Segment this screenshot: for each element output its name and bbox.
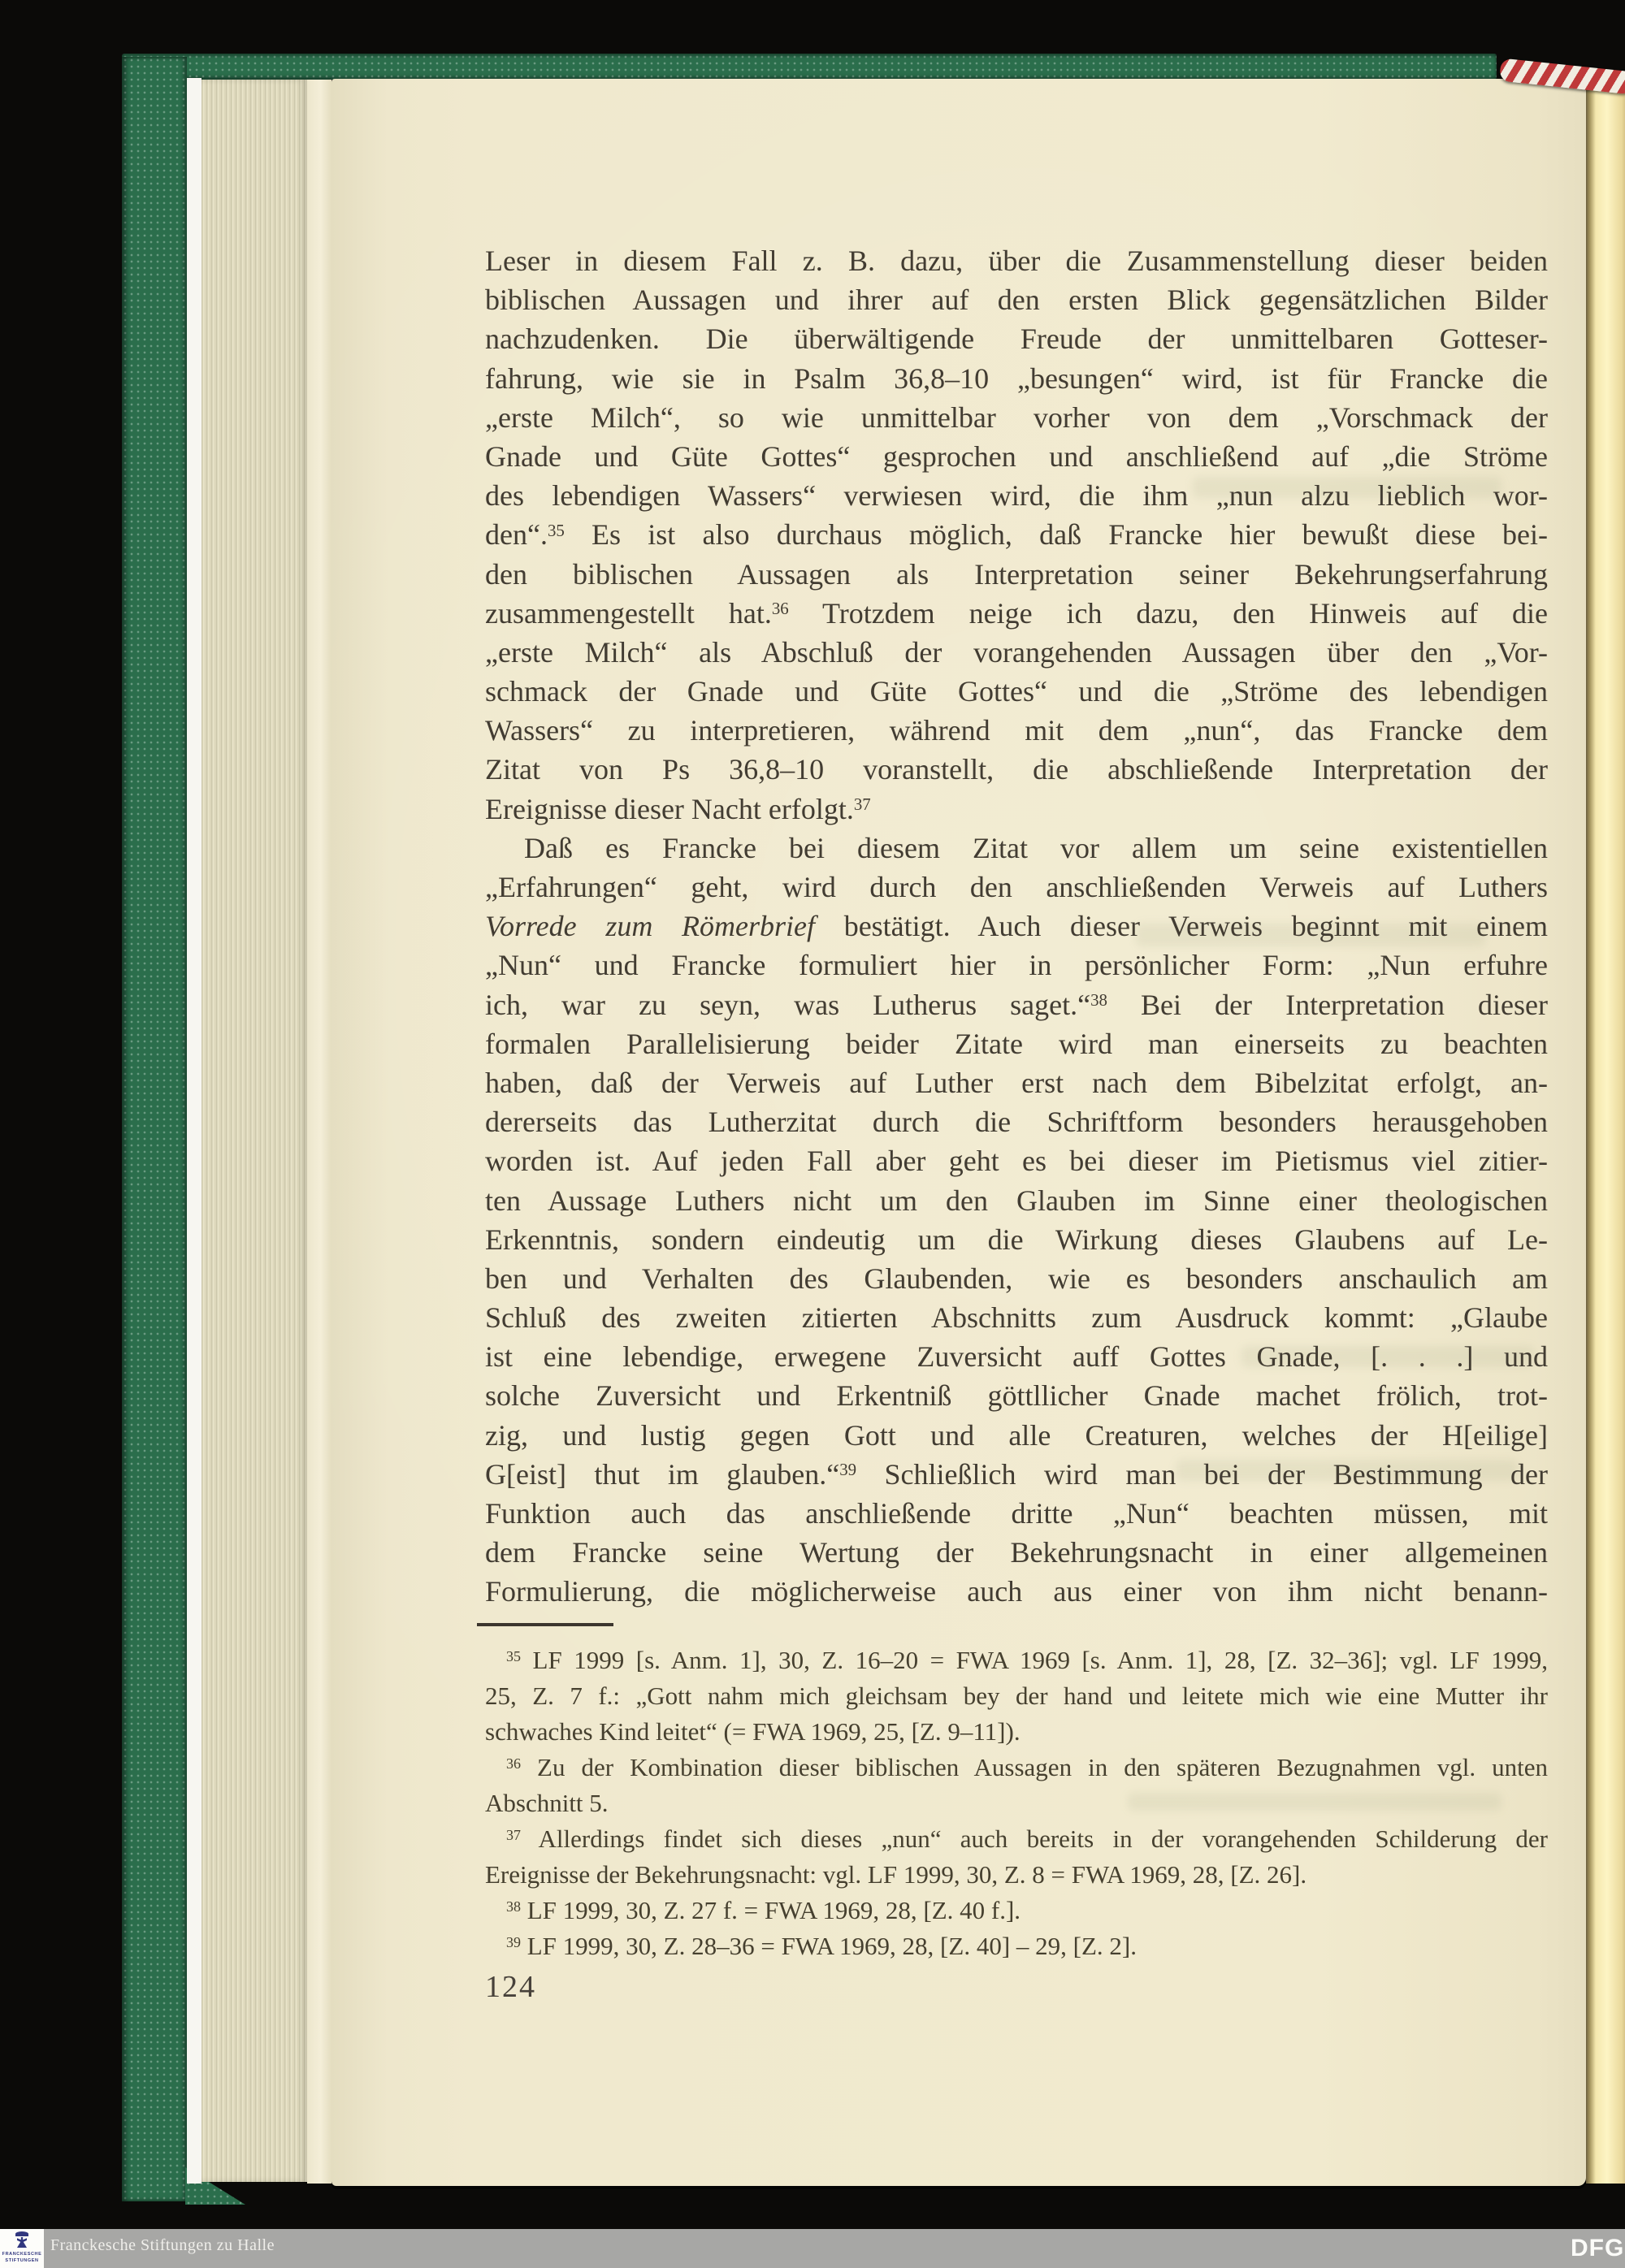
book-cover-left-edge (122, 57, 187, 2201)
text-line: Daß es Francke bei diesem Zitat vor alle… (485, 831, 1548, 870)
book-cover-top-edge (122, 54, 1497, 80)
footnote-marker: 36 (506, 1755, 521, 1772)
text-line: ist eine lebendige, erwegene Zuversicht … (485, 1340, 1548, 1379)
text-line: nachzudenken. Die überwältigende Freude … (485, 322, 1548, 361)
text-line: Vorrede zum Römerbrief bestätigt. Auch d… (485, 909, 1548, 948)
footnote-marker: 36 (772, 599, 789, 618)
footnote-line: Ereignisse der Bekehrungsnacht: vgl. LF … (485, 1860, 1548, 1896)
text-line: G[eist] thut im glauben.“39 Schließlich … (485, 1457, 1548, 1496)
text-line: den biblischen Aussagen als Interpretati… (485, 557, 1548, 596)
text-line: schmack der Gnade und Güte Gottes“ und d… (485, 674, 1548, 713)
text-line: ten Aussage Luthers nicht um den Glauben… (485, 1184, 1548, 1223)
footnote-line: 39 LF 1999, 30, Z. 28–36 = FWA 1969, 28,… (485, 1932, 1548, 1967)
text-line: biblischen Aussagen und ihrer auf den er… (485, 283, 1548, 322)
text-line: des lebendigen Wassers“ verwiesen wird, … (485, 478, 1548, 517)
footnote-line: 25, Z. 7 f.: „Gott nahm mich gleichsam b… (485, 1682, 1548, 1717)
footnote-separator-rule (477, 1623, 613, 1626)
scanned-book-page: Leser in diesem Fall z. B. dazu, über di… (0, 0, 1625, 2268)
text-line: dem Francke seine Wertung der Bekehrungs… (485, 1535, 1548, 1574)
logo-text-line2: STIFTUNGEN (0, 2258, 44, 2263)
footnote-line: 35 LF 1999 [s. Anm. 1], 30, Z. 16–20 = F… (485, 1646, 1548, 1682)
text-line: Leser in diesem Fall z. B. dazu, über di… (485, 244, 1548, 283)
text-line: solche Zuversicht und Erkentniß göttllic… (485, 1379, 1548, 1417)
footnote-line: 37 Allerdings findet sich dieses „nun“ a… (485, 1824, 1548, 1860)
footnote-marker: 38 (506, 1898, 521, 1915)
italic-title: Vorrede zum Römerbrief (485, 910, 815, 942)
text-line: Gnade und Güte Gottes“ gesprochen und an… (485, 439, 1548, 478)
text-line: „erste Milch“, so wie unmittelbar vorher… (485, 400, 1548, 439)
text-line: Zitat von Ps 36,8–10 voranstellt, die ab… (485, 752, 1548, 791)
footnote-line: 36 Zu der Kombination dieser biblischen … (485, 1753, 1548, 1789)
text-line: zusammengestellt hat.36 Trotzdem neige i… (485, 596, 1548, 635)
footnote-marker: 37 (854, 794, 871, 814)
text-line: haben, daß der Verweis auf Luther erst n… (485, 1066, 1548, 1105)
footnotes: 35 LF 1999 [s. Anm. 1], 30, Z. 16–20 = F… (485, 1646, 1548, 1967)
text-line: Funktion auch das anschließende dritte „… (485, 1496, 1548, 1535)
footnote-line: 38 LF 1999, 30, Z. 27 f. = FWA 1969, 28,… (485, 1896, 1548, 1932)
text-line: Formulierung, die möglicherweise auch au… (485, 1574, 1548, 1613)
footnote-marker: 37 (506, 1827, 521, 1843)
text-line: „Nun“ und Francke formuliert hier in per… (485, 948, 1548, 987)
dfg-logo: DFG (1571, 2236, 1624, 2261)
text-line: Ereignisse dieser Nacht erfolgt.37 (485, 792, 1548, 831)
logo-text-line1: FRANCKESCHE (0, 2252, 44, 2257)
text-line: dererseits das Lutherzitat durch die Sch… (485, 1105, 1548, 1144)
text-line: ben und Verhalten des Glaubenden, wie es… (485, 1262, 1548, 1301)
text-line: Schluß des zweiten zitierten Abschnitts … (485, 1301, 1548, 1340)
footnote-marker: 38 (1090, 990, 1107, 1010)
underlying-page-edge (307, 80, 331, 2184)
institution-name: Franckesche Stiftungen zu Halle (50, 2236, 275, 2255)
page-stack-edges (201, 80, 307, 2182)
page-number: 124 (485, 1969, 536, 2005)
footnote-line: schwaches Kind leitet“ (= FWA 1969, 25, … (485, 1717, 1548, 1753)
footnote-marker: 39 (506, 1934, 521, 1950)
text-line: „Erfahrungen“ geht, wird durch den ansch… (485, 870, 1548, 909)
footnote-line: Abschnitt 5. (485, 1789, 1548, 1824)
page-gutter-highlight (1586, 81, 1625, 2184)
text-line: fahrung, wie sie in Psalm 36,8–10 „besun… (485, 361, 1548, 400)
text-line: Erkenntnis, sondern eindeutig um die Wir… (485, 1223, 1548, 1262)
footnote-marker: 35 (506, 1648, 521, 1664)
text-line: zig, und lustig gegen Gott und alle Crea… (485, 1418, 1548, 1457)
text-line: ich, war zu seyn, was Lutherus saget.“38… (485, 988, 1548, 1027)
text-line: worden ist. Auf jeden Fall aber geht es … (485, 1144, 1548, 1183)
text-line: den“.35 Es ist also durchaus möglich, da… (485, 517, 1548, 556)
text-line: „erste Milch“ als Abschluß der vorangehe… (485, 635, 1548, 674)
text-line: formalen Parallelisierung beider Zitate … (485, 1027, 1548, 1066)
footnote-marker: 35 (548, 521, 565, 540)
endpaper-edge (187, 78, 201, 2184)
body-text: Leser in diesem Fall z. B. dazu, über di… (485, 244, 1548, 1614)
franckesche-stiftungen-emblem-icon (12, 2231, 32, 2249)
text-line: Wassers“ zu interpretieren, während mit … (485, 713, 1548, 752)
footnote-marker: 39 (839, 1460, 856, 1479)
